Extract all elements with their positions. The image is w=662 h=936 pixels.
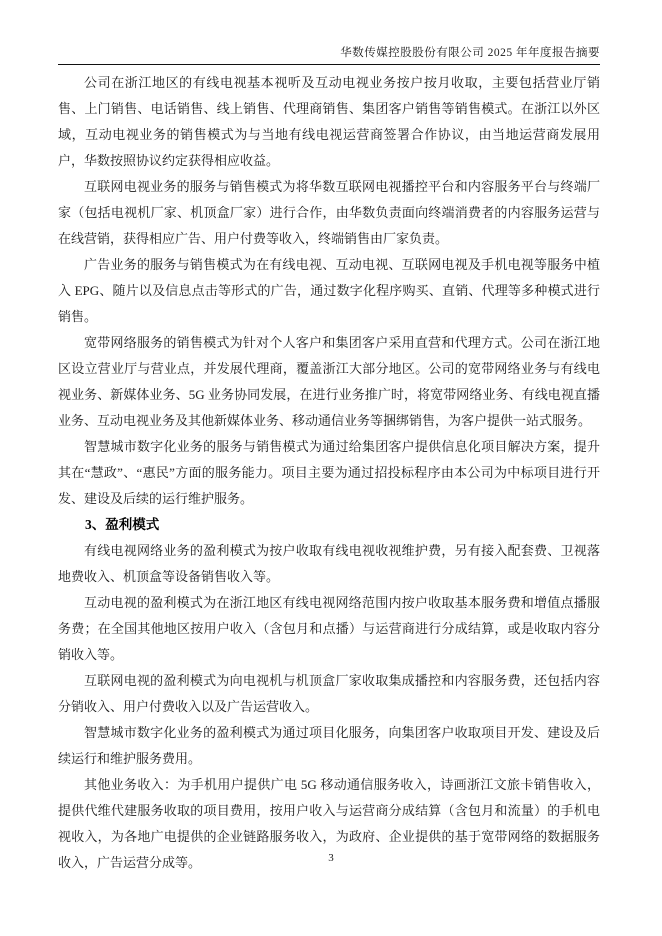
body-paragraph: 广告业务的服务与销售模式为在有线电视、互动电视、互联网电视及手机电视等服务中植入…: [58, 252, 600, 330]
report-page: 华数传媒控股股份有限公司 2025 年年度报告摘要 公司在浙江地区的有线电视基本…: [0, 0, 662, 936]
page-footer: 3: [0, 852, 662, 864]
document-body: 公司在浙江地区的有线电视基本视听及互动电视业务按户按月收取，主要包括营业厅销售、…: [58, 70, 600, 876]
section-heading-profit-model: 3、盈利模式: [58, 512, 600, 538]
body-paragraph: 智慧城市数字化业务的盈利模式为通过项目化服务，向集团客户收取项目开发、建设及后续…: [58, 720, 600, 772]
header-divider: [58, 64, 600, 65]
body-paragraph: 互联网电视业务的服务与销售模式为将华数互联网电视播控平台和内容服务平台与终端厂家…: [58, 174, 600, 252]
page-number: 3: [328, 852, 334, 864]
body-paragraph: 公司在浙江地区的有线电视基本视听及互动电视业务按户按月收取，主要包括营业厅销售、…: [58, 70, 600, 174]
body-paragraph: 宽带网络服务的销售模式为针对个人客户和集团客户采用直营和代理方式。公司在浙江地区…: [58, 330, 600, 434]
body-paragraph: 互联网电视的盈利模式为向电视机与机顶盒厂家收取集成播控和内容服务费，还包括内容分…: [58, 668, 600, 720]
body-paragraph: 智慧城市数字化业务的服务与销售模式为通过给集团客户提供信息化项目解决方案，提升其…: [58, 434, 600, 512]
page-header-title: 华数传媒控股股份有限公司 2025 年年度报告摘要: [58, 44, 600, 60]
body-paragraph: 有线电视网络业务的盈利模式为按户收取有线电视收视维护费，另有接入配套费、卫视落地…: [58, 538, 600, 590]
body-paragraph: 互动电视的盈利模式为在浙江地区有线电视网络范围内按户收取基本服务费和增值点播服务…: [58, 590, 600, 668]
